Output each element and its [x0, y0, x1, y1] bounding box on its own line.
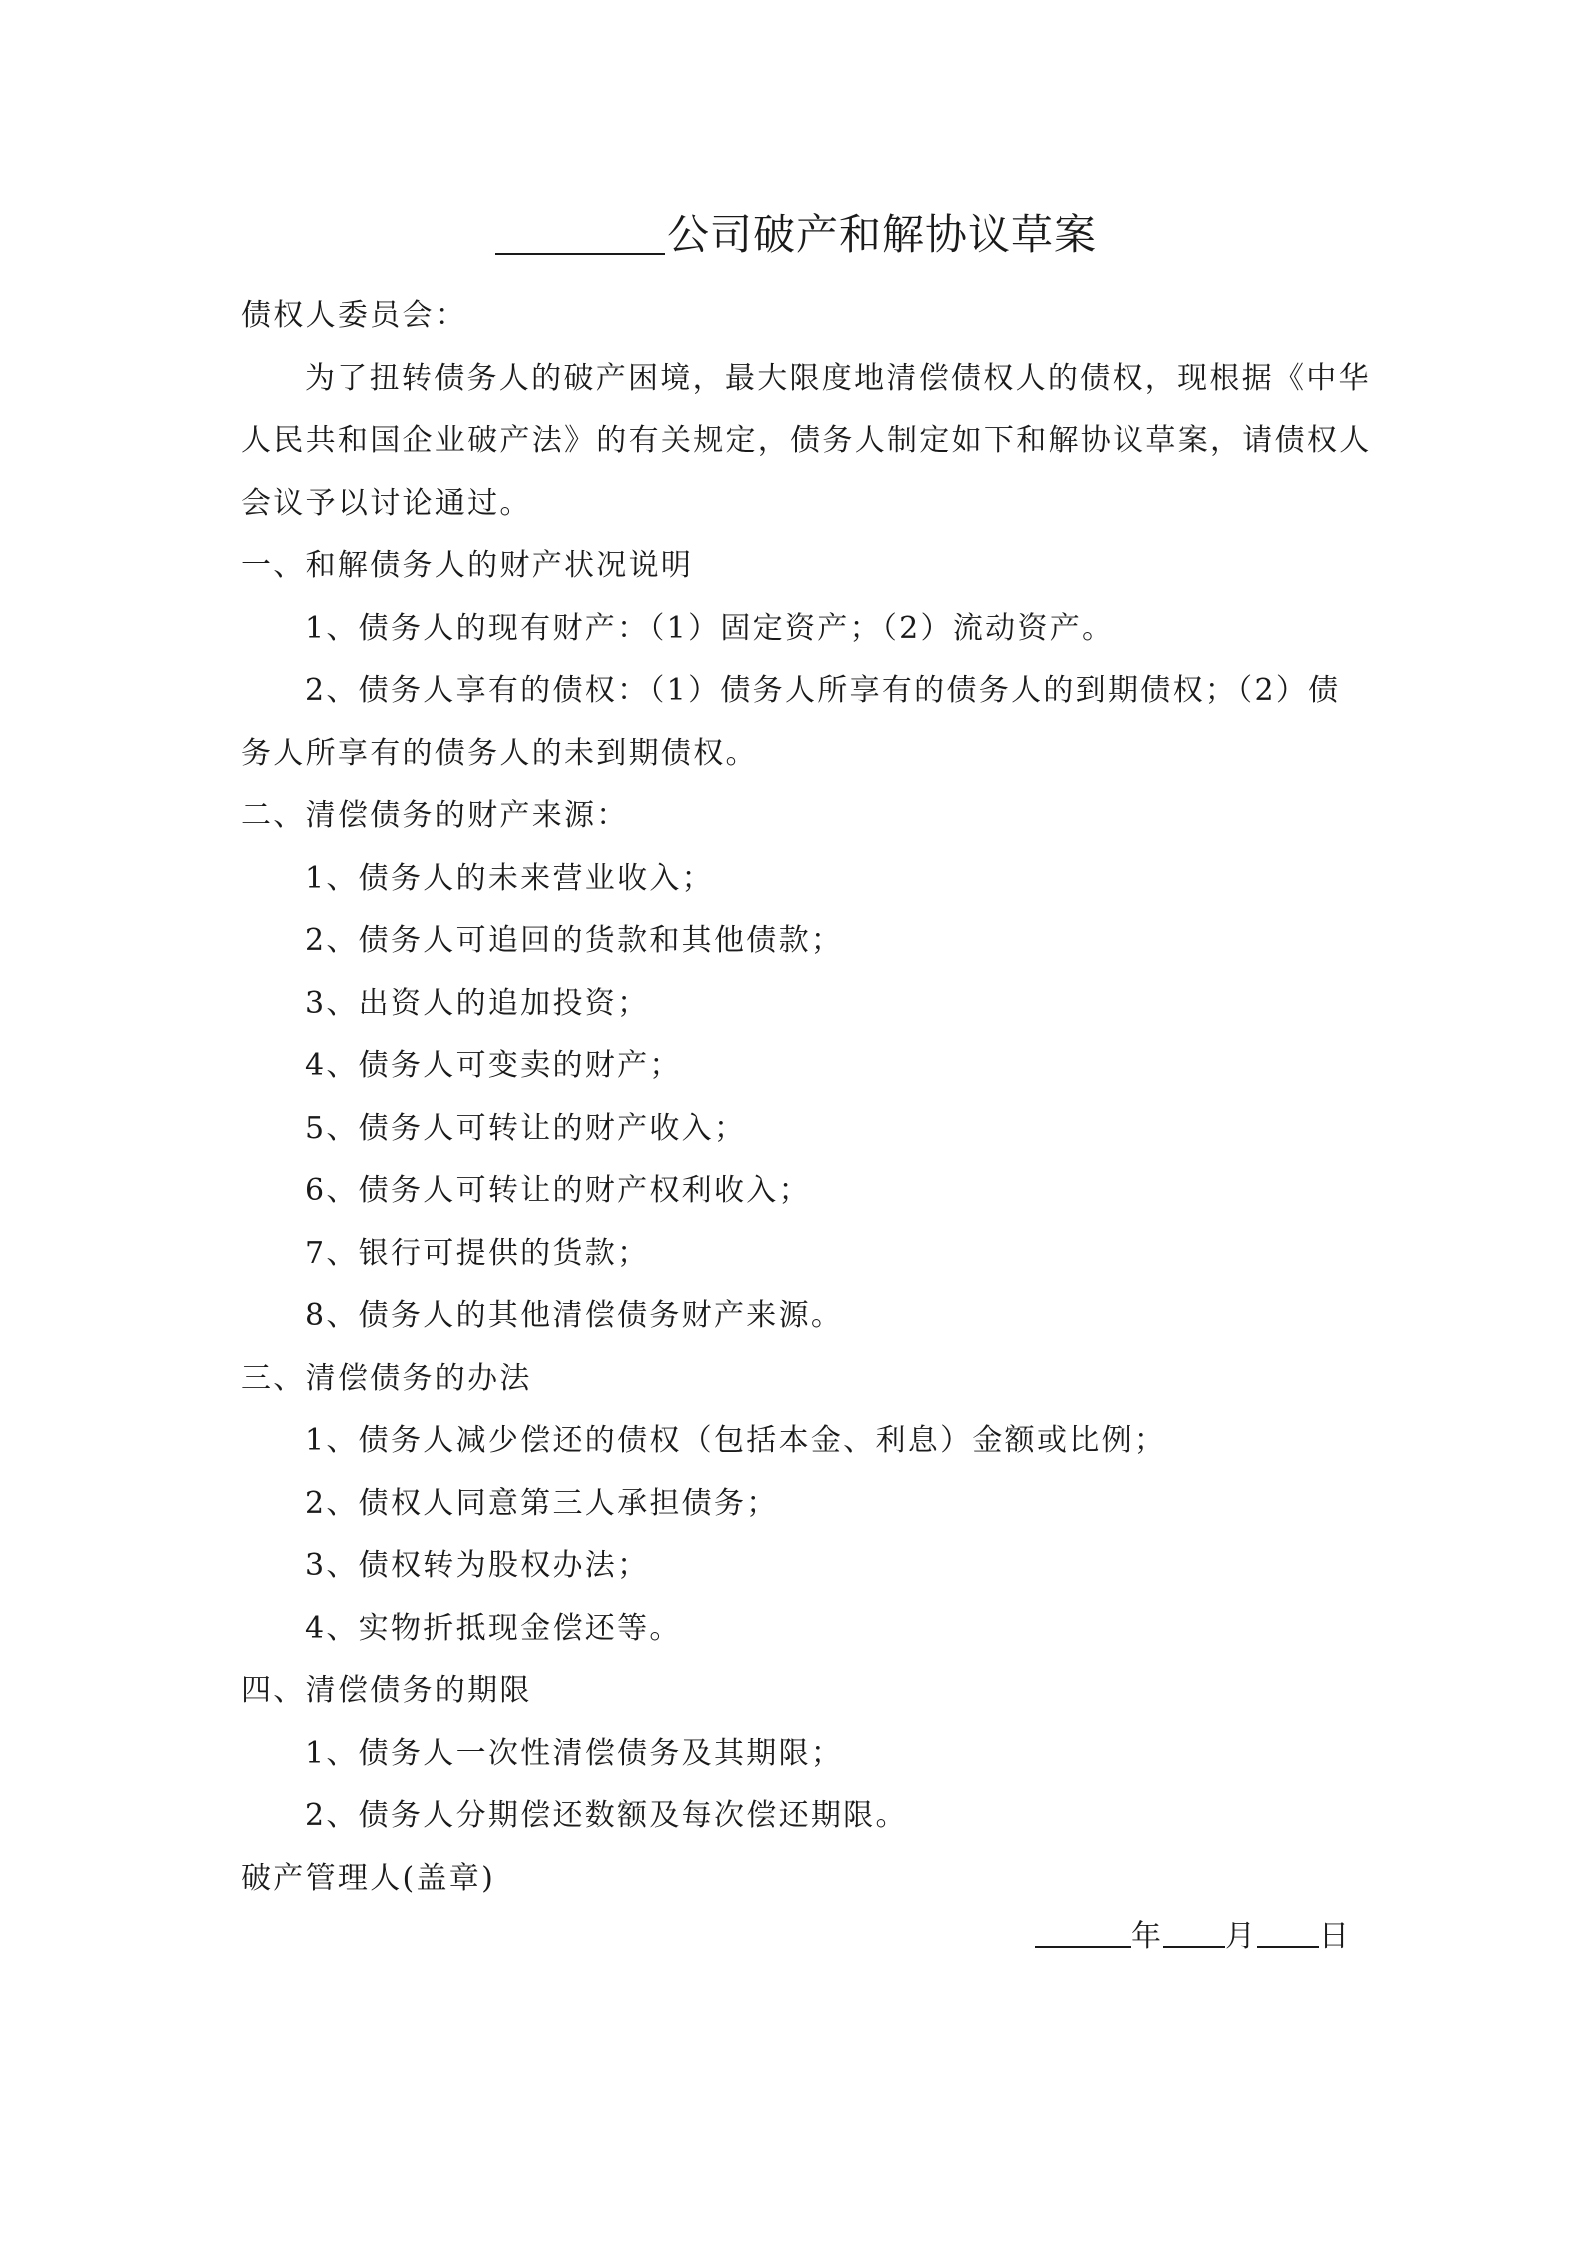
intro-paragraph-line-1: 为了扭转债务人的破产困境，最大限度地清偿债权人的债权，现根据《中华	[241, 348, 1351, 411]
list-item-continuation: 务人所享有的债务人的未到期债权。	[241, 723, 1351, 786]
title-text: 公司破产和解协议草案	[667, 210, 1097, 259]
date-line: 年月日	[1035, 1906, 1351, 1969]
salutation: 债权人委员会：	[241, 285, 1351, 348]
company-name-blank	[495, 213, 665, 255]
list-item: 7、银行可提供的货款；	[241, 1223, 1351, 1286]
day-blank	[1257, 1916, 1319, 1948]
document-title: 公司破产和解协议草案	[241, 205, 1351, 265]
section-heading-4: 四、清偿债务的期限	[241, 1660, 1351, 1723]
list-item: 2、债务人可追回的货款和其他债款；	[241, 910, 1351, 973]
intro-paragraph-line-2: 人民共和国企业破产法》的有关规定，债务人制定如下和解协议草案，请债权人	[241, 410, 1351, 473]
list-item: 2、债务人享有的债权：（1）债务人所享有的债务人的到期债权；（2）债	[241, 660, 1351, 723]
list-item: 4、实物折抵现金偿还等。	[241, 1598, 1351, 1661]
list-item: 8、债务人的其他清偿债务财产来源。	[241, 1285, 1351, 1348]
list-item: 1、债务人减少偿还的债权（包括本金、利息）金额或比例；	[241, 1410, 1351, 1473]
year-blank	[1035, 1916, 1131, 1948]
year-label: 年	[1131, 1919, 1163, 1954]
list-item: 1、债务人的未来营业收入；	[241, 848, 1351, 911]
section-heading-2: 二、清偿债务的财产来源：	[241, 785, 1351, 848]
list-item: 2、债权人同意第三人承担债务；	[241, 1473, 1351, 1536]
section-heading-1: 一、和解债务人的财产状况说明	[241, 535, 1351, 598]
document-body: 债权人委员会： 为了扭转债务人的破产困境，最大限度地清偿债权人的债权，现根据《中…	[241, 285, 1351, 1910]
list-item: 1、债务人一次性清偿债务及其期限；	[241, 1723, 1351, 1786]
list-item: 5、债务人可转让的财产收入；	[241, 1098, 1351, 1161]
list-item: 4、债务人可变卖的财产；	[241, 1035, 1351, 1098]
list-item: 3、出资人的追加投资；	[241, 973, 1351, 1036]
month-blank	[1163, 1916, 1225, 1948]
list-item: 6、债务人可转让的财产权利收入；	[241, 1160, 1351, 1223]
list-item: 3、债权转为股权办法；	[241, 1535, 1351, 1598]
signature-line: 破产管理人(盖章)	[241, 1848, 1351, 1911]
month-label: 月	[1225, 1919, 1257, 1954]
list-item: 2、债务人分期偿还数额及每次偿还期限。	[241, 1785, 1351, 1848]
section-heading-3: 三、清偿债务的办法	[241, 1348, 1351, 1411]
list-item: 1、债务人的现有财产：（1）固定资产；（2）流动资产。	[241, 598, 1351, 661]
day-label: 日	[1319, 1919, 1351, 1954]
intro-paragraph-line-3: 会议予以讨论通过。	[241, 473, 1351, 536]
